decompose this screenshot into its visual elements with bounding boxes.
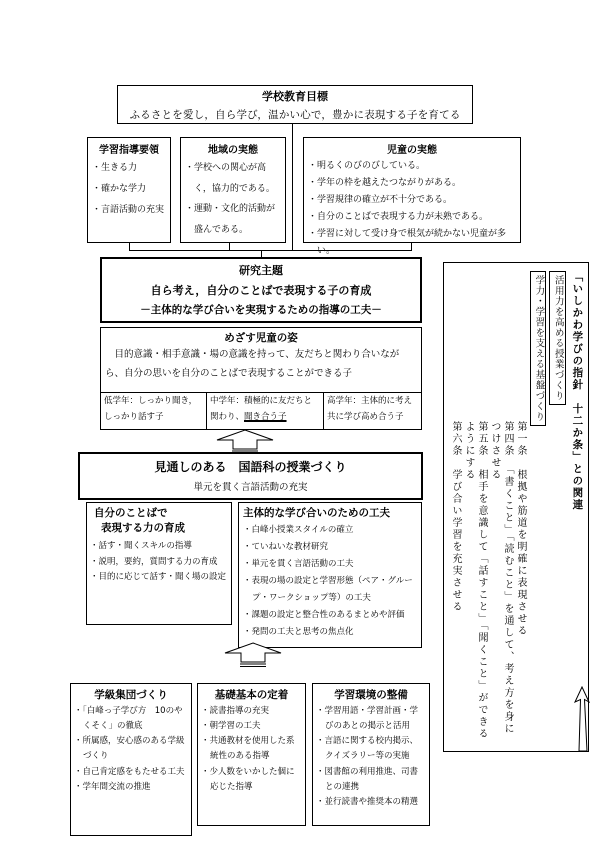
ishikawa-guideline-panel: 「いしかわ学びの指針 十二か条」との関連 活用力を高める授業づくり 学力・学習を…	[443, 262, 589, 752]
list-item: ・学年の枠を越えたつながりがある。	[308, 175, 516, 192]
expression-skill-list: ・話す・聞くスキルの指導 ・説明，要約，質問する力の育成 ・目的に応じて話す・聞…	[90, 539, 228, 586]
article-5: 第五条 相手を意識して「話すこと」「聞くこと」ができるようにする	[462, 421, 488, 743]
grade-row: 低学年：しっかり聞き，しっかり話す子 中学年：積極的に友だちと関わり、聞き合う子…	[101, 392, 421, 429]
list-item: ・白峰小授業スタイルの確立	[243, 522, 417, 539]
list-item: ・目的に応じて話す・聞く場の設定	[90, 570, 228, 586]
lesson-building-subtitle: 単元を貫く言語活動の充実	[80, 479, 421, 493]
list-item: ・明るくのびのびしている。	[308, 158, 516, 175]
basic-skills-box: 基礎基本の定着 ・読書指導の充実 ・朝学習の工夫 ・共通教材を使用した系統性のあ…	[197, 683, 306, 826]
collaborative-learning-box: 主体的な学び合いのための工夫 ・白峰小授業スタイルの確立 ・ていねいな教材研究 …	[238, 502, 422, 648]
class-group-title: 学級集団づくり	[74, 687, 188, 702]
grade-cell-high: 高学年：主体的に考え共に学び高め合う子	[323, 393, 421, 429]
basic-skills-title: 基礎基本の定着	[201, 687, 302, 702]
list-item: ・読書指導の充実	[201, 704, 302, 719]
article-list: 第一条 根拠や筋道を明確に表現させる 第四条 「書くこと」「読むこと」を通して、…	[449, 271, 527, 743]
list-item: ・表現の場の設定と学習形態（ペア・グループ・ワークショップ等）の工夫	[243, 573, 417, 607]
boxed-label-foundation: 学力・学習を支える基盤づくり	[530, 271, 546, 426]
list-item: ・ていねいな教材研究	[243, 539, 417, 556]
guidelines-box: 学習指導要領 ・生きる力 ・確かな学力 ・言語活動の充実	[87, 137, 171, 243]
list-item: ・言語に関する校内掲示、クイズラリー等の実施	[316, 734, 426, 764]
grade-cell-mid: 中学年：積極的に友だちと関わり、聞き合う子	[206, 393, 323, 429]
guidelines-title: 学習指導要領	[92, 141, 166, 156]
target-children-title: めざす児童の姿	[101, 330, 421, 345]
class-group-box: 学級集団づくり ・「白峰っ子学び方 10のやくそく」の徹底 ・所属感，安心感のあ…	[70, 683, 192, 836]
list-item: ・共通教材を使用した系統性のある指導	[201, 734, 302, 764]
corner-up-arrow-icon	[573, 686, 591, 752]
expression-skill-title-line2: 表現する力の育成	[90, 520, 228, 535]
class-group-list: ・「白峰っ子学び方 10のやくそく」の徹底 ・所属感，安心感のある学級づくり ・…	[74, 704, 188, 795]
lesson-building-title: 見通しのある 国語科の授業づくり	[80, 458, 421, 475]
up-arrow-icon	[215, 429, 275, 454]
grade-cell-low: 低学年：しっかり聞き，しっかり話す子	[101, 393, 206, 429]
target-children-box: めざす児童の姿 目的意識・相手意識・場の意識を持って、友だちと関わり合いながら、…	[100, 327, 422, 430]
learning-environment-title: 学習環境の整備	[316, 687, 426, 702]
target-children-body: 目的意識・相手意識・場の意識を持って、友だちと関わり合いながら、自分の思いを自分…	[101, 345, 421, 383]
region-list: ・学校への関心が高く，協力的である。 ・運動・文化的活動が盛んである。	[185, 158, 281, 241]
up-arrow-icon	[223, 642, 283, 667]
research-theme-title: 研究主題	[102, 262, 420, 278]
expression-skill-title-line1: 自分のことばで	[90, 505, 228, 520]
list-item: ・学習規律の確立が不十分である。	[308, 192, 516, 209]
list-item: ・学習に対して受け身で根気が続かない児童が多い。	[308, 226, 516, 260]
list-item: ・発問の工夫と思考の焦点化	[243, 624, 417, 641]
connector-goal-down	[292, 124, 293, 250]
learning-environment-list: ・学習用語・学習計画・学びのあとの掲示と活用 ・言語に関する校内掲示、クイズラリ…	[316, 704, 426, 810]
article-4: 第四条 「書くこと」「読むこと」を通して、考え方を身につけさせる	[488, 421, 514, 743]
region-box: 地域の実態 ・学校への関心が高く，協力的である。 ・運動・文化的活動が盛んである…	[180, 137, 286, 243]
connector-theme-drop	[261, 250, 262, 257]
list-item: ・学校への関心が高く，協力的である。	[185, 158, 281, 199]
ishikawa-guideline-title: 「いしかわ学びの指針 十二か条」との関連	[570, 271, 584, 743]
article-6: 第六条 学び合い学習を充実させる	[449, 421, 462, 743]
region-title: 地域の実態	[185, 141, 281, 156]
list-item: ・説明，要約，質問する力の育成	[90, 555, 228, 571]
list-item: ・並行読書や推奨本の精選	[316, 795, 426, 810]
learning-environment-box: 学習環境の整備 ・学習用語・学習計画・学びのあとの掲示と活用 ・言語に関する校内…	[312, 683, 430, 826]
expression-skill-box: 自分のことばで 表現する力の育成 ・話す・聞くスキルの指導 ・説明，要約，質問す…	[86, 502, 232, 625]
document-page: 学校教育目標 ふるさとを愛し，自ら学び，温かい心で，豊かに表現する子を育てる 学…	[0, 0, 595, 842]
list-item: ・話す・聞くスキルの指導	[90, 539, 228, 555]
school-goal-body: ふるさとを愛し，自ら学び，温かい心で，豊かに表現する子を育てる	[118, 107, 472, 122]
lesson-building-box: 見通しのある 国語科の授業づくり 単元を貫く言語活動の充実	[78, 452, 423, 500]
article-1: 第一条 根拠や筋道を明確に表現させる	[514, 421, 527, 743]
list-item: ・図書館の利用推進、司書との連携	[316, 765, 426, 795]
guidelines-list: ・生きる力 ・確かな学力 ・言語活動の充実	[92, 158, 166, 221]
list-item: ・「白峰っ子学び方 10のやくそく」の徹底	[74, 704, 188, 734]
list-item: ・学習用語・学習計画・学びのあとの掲示と活用	[316, 704, 426, 734]
school-goal-box: 学校教育目標 ふるさとを愛し，自ら学び，温かい心で，豊かに表現する子を育てる	[117, 85, 473, 124]
list-item: ・学年間交流の推進	[74, 780, 188, 795]
basic-skills-list: ・読書指導の充実 ・朝学習の工夫 ・共通教材を使用した系統性のある指導 ・少人数…	[201, 704, 302, 795]
research-theme-box: 研究主題 自ら考え，自分のことばで表現する子の育成 －主体的な学び合いを実現する…	[100, 257, 422, 323]
research-theme-line2: －主体的な学び合いを実現するための指導の工夫－	[102, 302, 420, 317]
connector-stub-1	[129, 243, 130, 250]
connector-stub-2	[229, 243, 230, 250]
list-item: ・自己肯定感をもたせる工夫	[74, 765, 188, 780]
list-item: ・単元を貫く言語活動の工夫	[243, 556, 417, 573]
boxed-label-utilization: 活用力を高める授業づくり	[549, 271, 565, 405]
list-item: ・運動・文化的活動が盛んである。	[185, 199, 281, 240]
list-item: ・生きる力	[92, 158, 166, 179]
list-item: ・言語活動の充実	[92, 200, 166, 221]
list-item: ・課題の設定と整合性のあるまとめや評価	[243, 607, 417, 624]
children-list: ・明るくのびのびしている。 ・学年の枠を越えたつながりがある。 ・学習規律の確立…	[308, 158, 516, 261]
collaborative-learning-title: 主体的な学び合いのための工夫	[243, 505, 417, 520]
school-goal-title: 学校教育目標	[118, 88, 472, 104]
list-item: ・朝学習の工夫	[201, 719, 302, 734]
children-title: 児童の実態	[308, 141, 516, 156]
list-item: ・自分のことばで表現する力が未熟である。	[308, 209, 516, 226]
list-item: ・確かな学力	[92, 179, 166, 200]
grade-mid-underlined: 聞き合う子	[244, 412, 287, 422]
collaborative-learning-list: ・白峰小授業スタイルの確立 ・ていねいな教材研究 ・単元を貫く言語活動の工夫 ・…	[243, 522, 417, 641]
list-item: ・所属感，安心感のある学級づくり	[74, 734, 188, 764]
list-item: ・少人数をいかした個に応じた指導	[201, 765, 302, 795]
children-box: 児童の実態 ・明るくのびのびしている。 ・学年の枠を越えたつながりがある。 ・学…	[303, 137, 521, 243]
research-theme-line1: 自ら考え，自分のことばで表現する子の育成	[102, 282, 420, 298]
